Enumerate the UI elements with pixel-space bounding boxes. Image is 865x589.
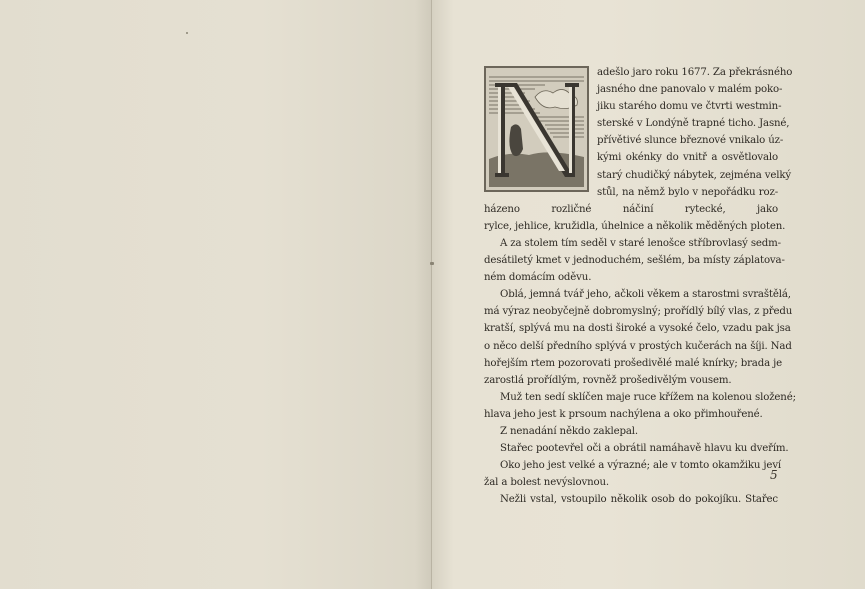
text-line: hořejším rtem pozorovati prošedivělé mal…	[484, 355, 778, 372]
text-line: Stařec pootevřel oči a obrátil namáhavě …	[484, 440, 778, 457]
illuminated-initial-n-icon	[484, 66, 589, 192]
text-line: žal a bolest nevýslovnou.	[484, 474, 778, 491]
text-line: rylce, jehlice, kružidla, úhelnice a něk…	[484, 218, 778, 235]
gutter-fold	[431, 0, 432, 589]
text-line: o něco delší předního splývá v prostých …	[484, 338, 778, 355]
page-number: 5	[770, 468, 778, 482]
text-line: ném domácím oděvu.	[484, 269, 778, 286]
text-line: zarostlá prořídlým, rovněž prošedivělým …	[484, 372, 778, 389]
text-line: Oblá, jemná tvář jeho, ačkoli věkem a st…	[484, 286, 778, 303]
text-line: A za stolem tím seděl v staré lenošce st…	[484, 235, 778, 252]
book-spread: adešlo jaro roku 1677. Za překrásného ja…	[0, 0, 865, 589]
text-line: Oko jeho jest velké a výrazné; ale v tom…	[484, 457, 778, 474]
paper-speck	[186, 32, 188, 34]
text-line: házeno rozličné náčiní rytecké, jako	[484, 201, 778, 218]
chapter-text: adešlo jaro roku 1677. Za překrásného ja…	[484, 64, 778, 508]
text-line: Z nenadání někdo zaklepal.	[484, 423, 778, 440]
binding-mark	[430, 262, 434, 265]
text-line: má výraz neobyčejně dobromyslný; prořídl…	[484, 303, 778, 320]
text-line: kratší, splývá mu na dosti široké a vyso…	[484, 320, 778, 337]
text-line: desátiletý kmet v jednoduchém, sešlém, b…	[484, 252, 778, 269]
text-line: hlava jeho jest k prsoum nachýlena a oko…	[484, 406, 778, 423]
left-page	[0, 0, 432, 589]
text-line: Nežli vstal, vstoupilo několik osob do p…	[484, 491, 778, 508]
text-line: Muž ten sedí sklíčen maje ruce křížem na…	[484, 389, 778, 406]
